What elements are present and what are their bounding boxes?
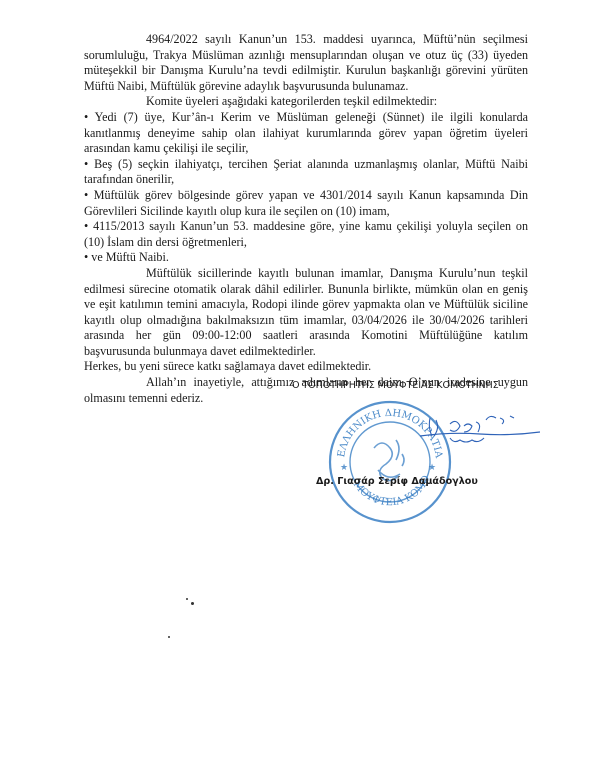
paragraph-everyone-invited: Herkes, bu yeni sürece katkı sağlamaya d… <box>84 359 528 375</box>
signer-title: Ο ΤΟΠΟΤΗΡΗΤΗΣ ΜΟΥΦΤΕΙΑΣ ΚΟΜΟΤΗΝΗΣ <box>292 380 532 391</box>
bullet-text: ve Müftü Naibi. <box>91 250 169 264</box>
bullet-academics: Yedi (7) üye, Kur’ân-ı Kerim ve Müslüman… <box>84 110 528 157</box>
paragraph-imams-invitation: Müftülük sicillerinde kayıtlı bulunan im… <box>84 266 528 360</box>
bullet-text: 4115/2013 sayılı Kanun’un 53. maddesine … <box>84 219 528 249</box>
svg-text:★: ★ <box>340 462 348 472</box>
document-body: 4964/2022 sayılı Kanun’un 153. maddesi u… <box>84 32 528 406</box>
paragraph-committee-intro: Komite üyeleri aşağıdaki kategorilerden … <box>84 94 528 110</box>
signature-icon <box>420 410 540 454</box>
scan-speck <box>191 602 194 605</box>
signer-name: Δρ. Γιασάρ Σερίφ Δαμάδογλου <box>316 476 478 487</box>
bullet-text: Müftülük görev bölgesinde görev yapan ve… <box>84 188 528 218</box>
bullet-text: Yedi (7) üye, Kur’ân-ı Kerim ve Müslüman… <box>84 110 528 155</box>
svg-text:★: ★ <box>428 462 436 472</box>
scan-speck <box>168 636 170 638</box>
bullet-theologians: Beş (5) seçkin ilahiyatçı, tercihen Şeri… <box>84 157 528 188</box>
bullet-text: Beş (5) seçkin ilahiyatçı, tercihen Şeri… <box>84 157 528 187</box>
paragraph-council-law: 4964/2022 sayılı Kanun’un 153. maddesi u… <box>84 32 528 94</box>
scan-speck <box>186 598 188 600</box>
bullet-imams: Müftülük görev bölgesinde görev yapan ve… <box>84 188 528 219</box>
document-page: 4964/2022 sayılı Kanun’un 153. maddesi u… <box>0 0 609 783</box>
bullet-teachers: 4115/2013 sayılı Kanun’un 53. maddesine … <box>84 219 528 250</box>
bullet-mufti-deputy: ve Müftü Naibi. <box>84 250 528 266</box>
